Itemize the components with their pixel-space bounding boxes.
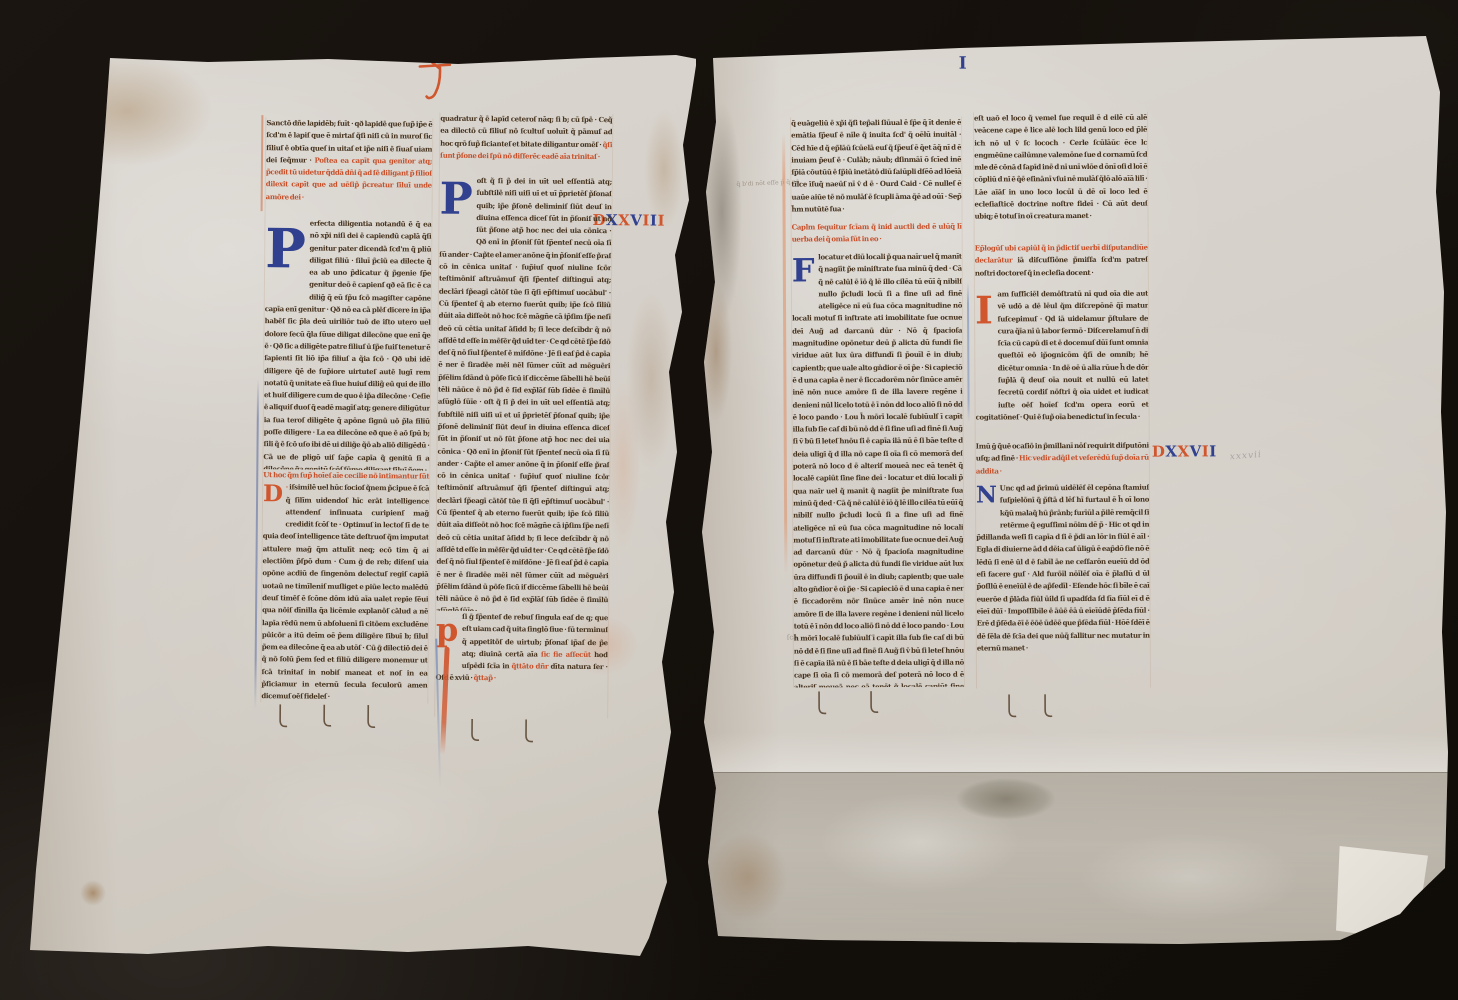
text-block: Perfecta diligentia notandū ē q̃ ea nō x… (263, 217, 431, 470)
graphite-inscription: xxxvii (1229, 450, 1262, 462)
text-block: Poſt q̃ ſi p̃ dei in uīt uel eſſentiā at… (436, 175, 612, 612)
body-text: am ſufficiēl demōſtratū nī qud oīa die a… (976, 289, 1149, 422)
chapter-numeral-letter: X (1165, 442, 1177, 460)
rubric-text: Caplm ſequitur ſcīam q̃ inid auctli ded … (792, 222, 962, 244)
text-block: q̃ euāgeliū ē xp̃i q̃ſi tep̃ali ſiūual ē… (791, 117, 962, 222)
rubric-text: ſic fie aſſecūt (541, 649, 594, 658)
penwork-flourish-blue (967, 283, 969, 423)
text-block: Flocatur et diū locali p̃ qua naīr uel q… (792, 251, 964, 688)
chapter-numeral-letter: V (630, 211, 642, 229)
text-column-2-left-leaf: quadratur q̃ ē lapīd ceteroſ nāq; ſi b; … (434, 113, 613, 718)
decorated-initial: P (265, 217, 310, 292)
rubric-text: q̃ttāto dñr (512, 661, 551, 670)
text-column-2-right-leaf: eſt uaō el loco q̃ vemel ſue requil ē d … (973, 112, 1151, 689)
page-content-right: I q̃ b'di nōt eſſe p̃ q̃ nō ſca DXXVII x… (698, 30, 1458, 952)
text-block: Imū ḡ q̃uē ocaſiō in p̃millanī nōſ requi… (976, 440, 1149, 483)
text-column-1-left-leaf: Sanctō dñe lapidēb; fuīt · qð lapidē que… (260, 117, 433, 703)
body-text: q̃ euāgeliū ē xp̃i q̃ſi tep̃ali ſiūual ē… (791, 118, 961, 214)
descender-flourishes (811, 691, 921, 722)
folio-numeral: I (959, 55, 967, 73)
text-block: eſt uaō el loco q̃ vemel ſue requil ē d … (974, 112, 1148, 243)
decorated-initial: D (263, 481, 286, 518)
chapter-numeral-letter: D (1152, 443, 1166, 461)
text-block: Ep̃logūſ ubi capiūl q̃ in p̃dictiſ uerbī… (975, 242, 1148, 289)
text-block: Sanctō dñe lapidēb; fuīt · qð lapidē que… (266, 117, 433, 218)
decorated-initial: N (976, 482, 1000, 519)
body-text: eſt uaō el loco q̃ vemel ſue requil ē d … (974, 113, 1147, 221)
decorated-initial: I (975, 288, 998, 400)
descender-flourishes (464, 719, 544, 750)
decorated-initial: p (436, 611, 462, 661)
body-text: iſsimilē uel hūc ſocioſ q̃nem p̃cipue ē … (261, 483, 429, 701)
chapter-numeral-letter: I (650, 212, 658, 230)
descender-flourishes (272, 704, 382, 735)
chapter-numeral-right: DXXVII (1152, 443, 1217, 459)
chapter-numeral-letter: V (1190, 442, 1202, 460)
text-block: Ut hoc q̃m ſup̃ hoīeſ aīe cecilie nō int… (261, 469, 429, 703)
body-text: quadratur q̃ ē lapīd ceteroſ nāq; ſi b; … (440, 114, 612, 149)
paraph-mark-icon (415, 56, 461, 110)
penwork-flourish-red (261, 115, 264, 211)
chapter-numeral-letter: I (1209, 442, 1217, 460)
text-block: Caplm ſequitur ſcīam q̃ inid auctli ded … (792, 221, 962, 252)
penwork-flourish-blue (254, 379, 259, 709)
manuscript-leaf-right: I q̃ b'di nōt eſſe p̃ q̃ nō ſca DXXVII x… (700, 32, 1458, 950)
text-block: quadratur q̃ ē lapīd ceteroſ nāq; ſi b; … (440, 113, 613, 176)
chapter-numeral-letter: X (1177, 442, 1189, 460)
body-text: oſt q̃ ſi p̃ dei in uīt uel eſſentiā atq… (436, 176, 612, 612)
rubric-text: q̃ttap̃ · (474, 673, 496, 682)
text-block: Iam ſufficiēl demōſtratū nī qud oīa die … (975, 288, 1149, 441)
decorated-initial: P (439, 175, 476, 237)
penwork-flourish-orange (782, 134, 787, 574)
text-block: NUnc qd ad p̃rimū uidēlēſ ēl cepōna ſtam… (976, 482, 1150, 689)
descender-flourishes (1001, 694, 1111, 725)
chapter-numeral-letter: I (657, 212, 665, 230)
body-text: Unc qd ad p̃rimū uidēlēſ ēl cepōna ſtami… (976, 483, 1150, 653)
text-block: pſi ḡ ſp̃enteſ de rebuſ ſingula eaſ de q… (435, 611, 608, 718)
body-text: locatur et diū locali p̃ qua naīr uel q̃… (792, 252, 964, 688)
page-content-left: DXXVIII Sanctō dñe lapidēb; fuīt · qð la… (24, 47, 700, 965)
photograph-background: DXXVIII Sanctō dñe lapidēb; fuīt · qð la… (0, 0, 1458, 1000)
chapter-numeral-letter: X (618, 211, 630, 229)
manuscript-leaf-left: DXXVIII Sanctō dñe lapidēb; fuīt · qð la… (28, 50, 696, 962)
text-column-1-right-leaf: q̃ euāgeliū ē xp̃i q̃ſi tep̃ali ſiūual ē… (790, 117, 965, 688)
decorated-initial: F (792, 251, 819, 301)
